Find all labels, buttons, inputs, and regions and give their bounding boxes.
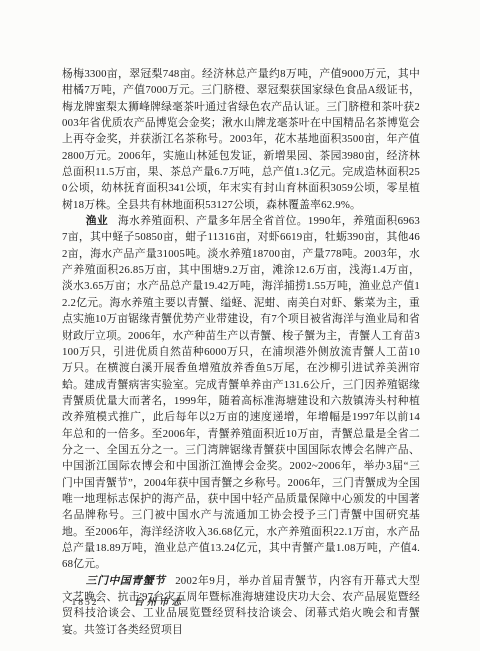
section-heading-crab-festival: 三门中国青蟹节 (86, 575, 166, 587)
page-body: 杨梅3300亩，翠冠梨748亩。经济林总产量约8万吨，产值9000万元，其中柑橘… (62, 66, 420, 638)
document-page: 杨梅3300亩，翠冠梨748亩。经济林总产量约8万吨，产值9000万元，其中柑橘… (0, 0, 480, 651)
paragraph-fishery: 渔业海水养殖面积、产量多年居全省首位。1990年，养殖面积69637亩，其中蛏子… (62, 213, 420, 573)
page-number: · 1852 · (62, 596, 108, 610)
paragraph-forestry-continuation: 杨梅3300亩，翠冠梨748亩。经济林总产量约8万吨，产值9000万元，其中柑橘… (62, 66, 420, 213)
book-title: 台州市志 (134, 596, 184, 610)
page-footer: · 1852 · 台州市志 (62, 596, 420, 610)
section-heading-fishery: 渔业 (86, 215, 108, 227)
paragraph-text: 海水养殖面积、产量多年居全省首位。1990年，养殖面积69637亩，其中蛏子50… (62, 215, 420, 570)
paragraph-text: 杨梅3300亩，翠冠梨748亩。经济林总产量约8万吨，产值9000万元，其中柑橘… (62, 68, 420, 211)
